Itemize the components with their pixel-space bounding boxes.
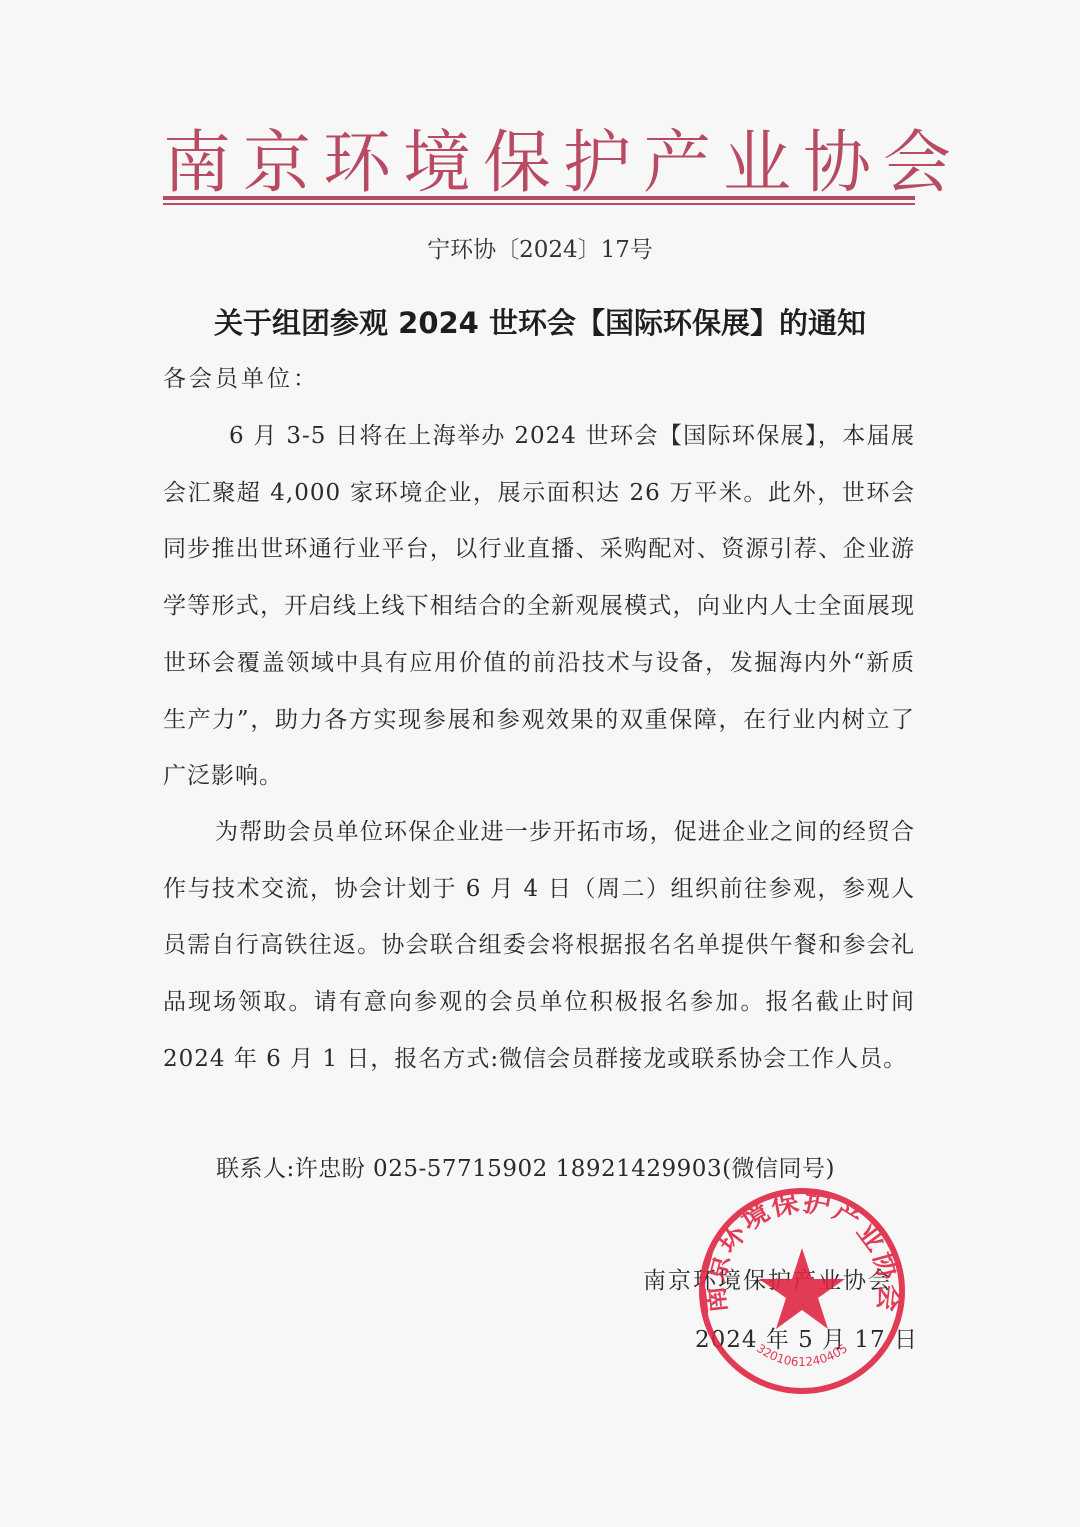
notice-document: 南京环境保护产业协会 宁环协〔2024〕17号 关于组团参观 2024 世环会【… [0,0,1080,1527]
signature-date: 2024 年 5 月 17 日 [695,1324,918,1356]
signature-organization: 南京环境保护产业协会 [643,1265,893,1297]
body-paragraph-2: 为帮助会员单位环保企业进一步开拓市场，促进企业之间的经贸合作与技术交流，协会计划… [163,804,915,1088]
masthead-title: 南京环境保护产业协会 [163,128,915,200]
document-number: 宁环协〔2024〕17号 [0,234,1080,266]
salutation: 各会员单位： [163,363,319,395]
body-paragraph-1: 6 月 3-5 日将在上海举办 2024 世环会【国际环保展】，本届展会汇聚超 … [163,408,915,805]
masthead-rule-thick [163,196,915,200]
masthead-rule-thin [163,203,915,205]
notice-title: 关于组团参观 2024 世环会【国际环保展】的通知 [0,303,1080,343]
contact-line: 联系人:许忠盼 025-57715902 18921429903(微信同号) [216,1153,835,1185]
